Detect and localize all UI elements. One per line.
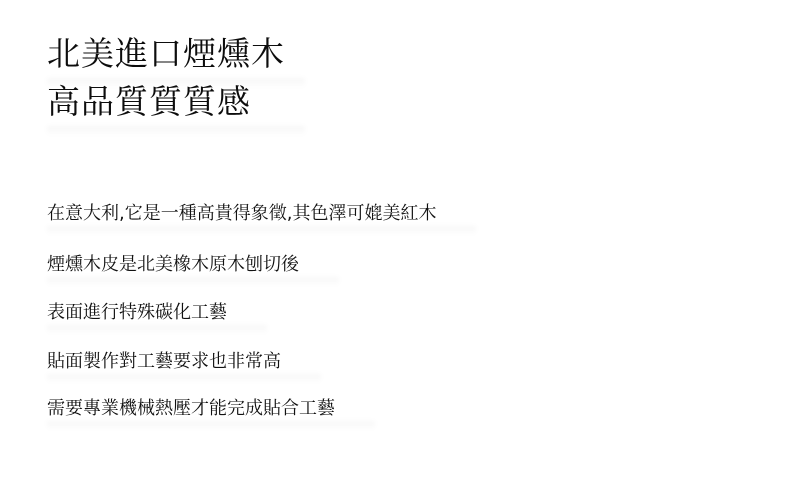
headline-line-2: 高品質質質感 bbox=[47, 78, 285, 126]
headline-block: 北美進口煙燻木 高品質質質感 bbox=[47, 30, 285, 126]
description-line: 需要專業機械熱壓才能完成貼合工藝 bbox=[47, 397, 335, 420]
description-line: 在意大利,它是一種高貴得象徵,其色澤可媲美紅木 bbox=[47, 202, 436, 225]
description-line: 貼面製作對工藝要求也非常高 bbox=[47, 350, 281, 373]
description-line: 煙燻木皮是北美橡木原木刨切後 bbox=[47, 253, 299, 276]
headline-line-1: 北美進口煙燻木 bbox=[47, 30, 285, 78]
description-line: 表面進行特殊碳化工藝 bbox=[47, 301, 227, 324]
